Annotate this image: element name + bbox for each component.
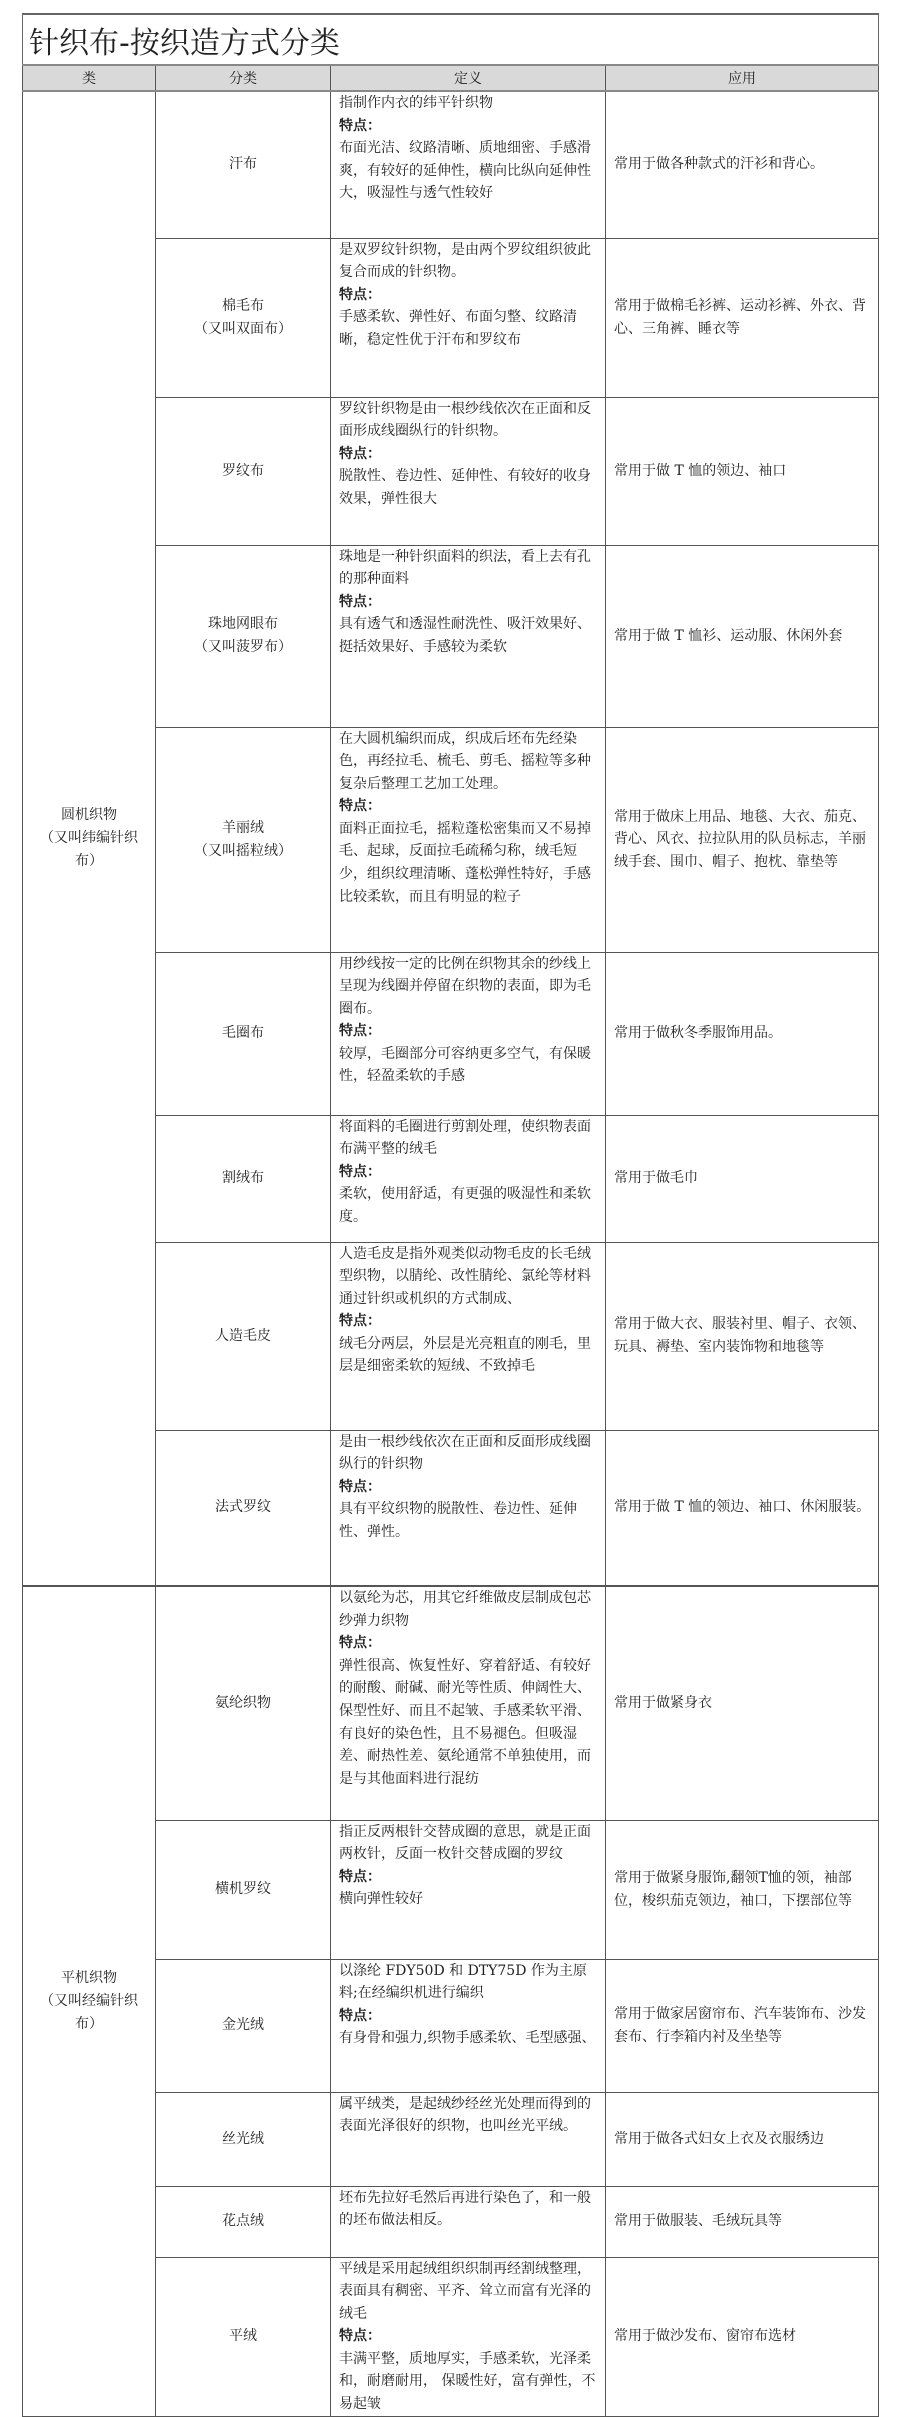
features-text: 面料正面拉毛，摇粒蓬松密集而又不易掉毛、起球，反面拉毛疏稀匀称，绒毛短少，组织纹…: [339, 818, 599, 908]
fabric-name: 法式罗纹: [156, 1496, 330, 1519]
header-definition: 定义: [331, 65, 606, 91]
application-cell: 常用于做各种款式的汗衫和背心。: [606, 91, 879, 238]
application-cell: 常用于做毛巾: [606, 1115, 879, 1242]
features-label: 特点：: [339, 795, 599, 818]
application-text: 常用于做棉毛衫裤、运动衫裤、外衣、背心、三角裤、睡衣等: [614, 295, 872, 340]
features-text: 柔软，使用舒适，有更强的吸湿性和柔软度。: [339, 1183, 599, 1228]
subcategory-cell: 氨纶织物: [156, 1586, 331, 1820]
subcategory-cell: 平绒: [156, 2257, 331, 2416]
group-alias: （又叫经编针织布）: [31, 1990, 147, 2036]
definition-cell: 指正反两根针交替成圈的意思，就是正面两枚针，反面一枚针交替成圈的罗纹特点：横向弹…: [331, 1820, 606, 1959]
features-label: 特点：: [339, 591, 599, 614]
definition-cell: 属平绒类，是起绒纱经丝光处理而得到的表面光泽很好的织物，也叫丝光平绒。: [331, 2092, 606, 2186]
subcategory-cell: 毛圈布: [156, 952, 331, 1115]
subcategory-cell: 法式罗纹: [156, 1430, 331, 1586]
application-text: 常用于做各种款式的汗衫和背心。: [614, 153, 872, 176]
features-text: 具有透气和透湿性耐洗性、吸汗效果好、挺括效果好、手感较为柔软: [339, 613, 599, 658]
application-text: 常用于做床上用品、地毯、大衣、茄克、背心、风衣、拉拉队用的队员标志，羊丽绒手套、…: [614, 806, 872, 874]
fabric-name: 羊丽绒: [156, 817, 330, 840]
features-label: 特点：: [339, 284, 599, 307]
features-text: 布面光洁、纹路清晰、质地细密、手感滑爽，有较好的延伸性，横向比纵向延伸性大，吸湿…: [339, 137, 599, 205]
fabric-name: 氨纶织物: [156, 1692, 330, 1715]
definition-text: 用纱线按一定的比例在织物其余的纱线上呈现为线圈并停留在织物的表面，即为毛圈布。: [339, 953, 599, 1021]
definition-cell: 平绒是采用起绒组织织制再经割绒整理，表面具有稠密、平齐、耸立而富有光泽的绒毛特点…: [331, 2257, 606, 2416]
application-cell: 常用于做紧身服饰,翻领T恤的领，袖部位，梭织茄克领边，袖口，下摆部位等: [606, 1820, 879, 1959]
group-alias: （又叫纬编针织布）: [31, 827, 147, 873]
features-label: 特点：: [339, 1476, 599, 1499]
features-text: 横向弹性较好: [339, 1888, 599, 1911]
subcategory-cell: 花点绒: [156, 2186, 331, 2257]
application-text: 常用于做紧身衣: [614, 1692, 872, 1715]
definition-cell: 以氨纶为芯，用其它纤维做皮层制成包芯纱弹力织物特点：弹性很高、恢复性好、穿着舒适…: [331, 1586, 606, 1820]
definition-cell: 用纱线按一定的比例在织物其余的纱线上呈现为线圈并停留在织物的表面，即为毛圈布。特…: [331, 952, 606, 1115]
features-label: 特点：: [339, 1020, 599, 1043]
features-text: 丰满平整，质地厚实，手感柔软，光泽柔和，耐磨耐用， 保暖性好，富有弹性，不易起皱: [339, 2348, 599, 2416]
definition-text: 罗纹针织物是由一根纱线依次在正面和反面形成线圈纵行的针织物。: [339, 398, 599, 443]
application-cell: 常用于做沙发布、窗帘布选材: [606, 2257, 879, 2416]
features-text: 弹性很高、恢复性好、穿着舒适、有较好的耐酸、耐碱、耐光等性质、伸阔性大、保型性好…: [339, 1655, 599, 1791]
features-text: 手感柔软、弹性好、布面匀整、纹路清晰，稳定性优于汗布和罗纹布: [339, 306, 599, 351]
table-header-row: 类 分类 定义 应用: [23, 65, 879, 91]
fabric-name: 人造毛皮: [156, 1325, 330, 1348]
application-cell: 常用于做各式妇女上衣及衣服绣边: [606, 2092, 879, 2186]
subcategory-cell: 人造毛皮: [156, 1242, 331, 1430]
definition-cell: 罗纹针织物是由一根纱线依次在正面和反面形成线圈纵行的针织物。特点：脱散性、卷边性…: [331, 397, 606, 545]
definition-cell: 以涤纶 FDY50D 和 DTY75D 作为主原料;在经编织机进行编织特点：有身…: [331, 1959, 606, 2092]
fabric-name: 珠地网眼布: [156, 613, 330, 636]
subcategory-cell: 珠地网眼布（又叫菠罗布）: [156, 545, 331, 727]
definition-text: 珠地是一种针织面料的织法，看上去有孔的那种面料: [339, 546, 599, 591]
fabric-alias: （又叫双面布）: [156, 318, 330, 341]
fabric-name: 横机罗纹: [156, 1878, 330, 1901]
definition-text: 是由一根纱线依次在正面和反面形成线圈纵行的针织物: [339, 1431, 599, 1476]
definition-text: 以氨纶为芯，用其它纤维做皮层制成包芯纱弹力织物: [339, 1587, 599, 1632]
fabric-name: 花点绒: [156, 2210, 330, 2233]
group-name: 平机织物: [31, 1967, 147, 1990]
definition-text: 指正反两根针交替成圈的意思，就是正面两枚针，反面一枚针交替成圈的罗纹: [339, 1821, 599, 1866]
header-application: 应用: [606, 65, 879, 91]
fabric-name: 金光绒: [156, 2014, 330, 2037]
fabric-name: 平绒: [156, 2325, 330, 2348]
group-category-cell: 平机织物（又叫经编针织布）: [23, 1586, 156, 2416]
features-label: 特点：: [339, 2325, 599, 2348]
subcategory-cell: 羊丽绒（又叫摇粒绒）: [156, 727, 331, 952]
application-text: 常用于做 T 恤的领边、袖口: [614, 460, 872, 483]
definition-cell: 是由一根纱线依次在正面和反面形成线圈纵行的针织物特点：具有平纹织物的脱散性、卷边…: [331, 1430, 606, 1586]
fabric-name: 罗纹布: [156, 460, 330, 483]
subcategory-cell: 棉毛布（又叫双面布）: [156, 238, 331, 397]
subcategory-cell: 割绒布: [156, 1115, 331, 1242]
subcategory-cell: 横机罗纹: [156, 1820, 331, 1959]
fabric-name: 割绒布: [156, 1167, 330, 1190]
application-text: 常用于做家居窗帘布、汽车装饰布、沙发套布、行李箱内衬及坐垫等: [614, 2003, 872, 2048]
application-cell: 常用于做棉毛衫裤、运动衫裤、外衣、背心、三角裤、睡衣等: [606, 238, 879, 397]
application-cell: 常用于做大衣、服装衬里、帽子、衣领、玩具、褥垫、室内装饰物和地毯等: [606, 1242, 879, 1430]
subcategory-cell: 罗纹布: [156, 397, 331, 545]
table-row: 圆机织物（又叫纬编针织布）汗布指制作内衣的纬平针织物特点：布面光洁、纹路清晰、质…: [23, 91, 879, 238]
subcategory-cell: 丝光绒: [156, 2092, 331, 2186]
definition-text: 属平绒类，是起绒纱经丝光处理而得到的表面光泽很好的织物，也叫丝光平绒。: [339, 2093, 599, 2138]
application-text: 常用于做沙发布、窗帘布选材: [614, 2325, 872, 2348]
fabric-name: 汗布: [156, 153, 330, 176]
definition-text: 人造毛皮是指外观类似动物毛皮的长毛绒型织物，以腈纶、改性腈纶、氯纶等材料通过针织…: [339, 1243, 599, 1311]
document-title: 针织布-按织造方式分类: [23, 14, 879, 65]
header-subcategory: 分类: [156, 65, 331, 91]
application-cell: 常用于做床上用品、地毯、大衣、茄克、背心、风衣、拉拉队用的队员标志，羊丽绒手套、…: [606, 727, 879, 952]
features-label: 特点：: [339, 1632, 599, 1655]
application-text: 常用于做 T 恤的领边、袖口、休闲服装。: [614, 1496, 872, 1519]
fabric-alias: （又叫菠罗布）: [156, 636, 330, 659]
subcategory-cell: 汗布: [156, 91, 331, 238]
features-text: 脱散性、卷边性、延伸性、有较好的收身效果，弹性很大: [339, 465, 599, 510]
features-text: 有身骨和强力,织物手感柔软、毛型感强、: [339, 2027, 599, 2050]
definition-cell: 人造毛皮是指外观类似动物毛皮的长毛绒型织物，以腈纶、改性腈纶、氯纶等材料通过针织…: [331, 1242, 606, 1430]
features-label: 特点：: [339, 115, 599, 138]
application-cell: 常用于做 T 恤的领边、袖口、休闲服装。: [606, 1430, 879, 1586]
application-text: 常用于做大衣、服装衬里、帽子、衣领、玩具、褥垫、室内装饰物和地毯等: [614, 1313, 872, 1358]
fabric-alias: （又叫摇粒绒）: [156, 840, 330, 863]
features-text: 绒毛分两层，外层是光亮粗直的刚毛，里层是细密柔软的短绒、不致掉毛: [339, 1333, 599, 1378]
application-text: 常用于做毛巾: [614, 1167, 872, 1190]
definition-cell: 将面料的毛圈进行剪割处理，使织物表面布满平整的绒毛特点：柔软，使用舒适，有更强的…: [331, 1115, 606, 1242]
group-category-cell: 圆机织物（又叫纬编针织布）: [23, 91, 156, 1586]
fabric-name: 棉毛布: [156, 295, 330, 318]
definition-text: 指制作内衣的纬平针织物: [339, 92, 599, 115]
definition-text: 平绒是采用起绒组织织制再经割绒整理，表面具有稠密、平齐、耸立而富有光泽的绒毛: [339, 2258, 599, 2326]
features-text: 较厚，毛圈部分可容纳更多空气，有保暖性，轻盈柔软的手感: [339, 1043, 599, 1088]
application-cell: 常用于做 T 恤的领边、袖口: [606, 397, 879, 545]
features-label: 特点：: [339, 443, 599, 466]
application-text: 常用于做服装、毛绒玩具等: [614, 2210, 872, 2233]
fabric-name: 丝光绒: [156, 2128, 330, 2151]
definition-cell: 在大圆机编织而成，织成后坯布先经染色，再经拉毛、梳毛、剪毛、摇粒等多种复杂后整理…: [331, 727, 606, 952]
features-label: 特点：: [339, 1310, 599, 1333]
application-text: 常用于做秋冬季服饰用品。: [614, 1022, 872, 1045]
application-text: 常用于做 T 恤衫、运动服、休闲外套: [614, 625, 872, 648]
classification-table: 针织布-按织造方式分类 类 分类 定义 应用 圆机织物（又叫纬编针织布）汗布指制…: [22, 13, 879, 2417]
group-name: 圆机织物: [31, 804, 147, 827]
application-cell: 常用于做秋冬季服饰用品。: [606, 952, 879, 1115]
features-label: 特点：: [339, 1161, 599, 1184]
application-cell: 常用于做 T 恤衫、运动服、休闲外套: [606, 545, 879, 727]
features-label: 特点：: [339, 1866, 599, 1889]
subcategory-cell: 金光绒: [156, 1959, 331, 2092]
table-row: 平机织物（又叫经编针织布）氨纶织物以氨纶为芯，用其它纤维做皮层制成包芯纱弹力织物…: [23, 1586, 879, 1820]
fabric-classification-document: 针织布-按织造方式分类 类 分类 定义 应用 圆机织物（又叫纬编针织布）汗布指制…: [22, 13, 878, 2417]
fabric-name: 毛圈布: [156, 1022, 330, 1045]
definition-text: 在大圆机编织而成，织成后坯布先经染色，再经拉毛、梳毛、剪毛、摇粒等多种复杂后整理…: [339, 728, 599, 796]
application-text: 常用于做紧身服饰,翻领T恤的领，袖部位，梭织茄克领边，袖口，下摆部位等: [614, 1867, 872, 1912]
definition-cell: 是双罗纹针织物，是由两个罗纹组织彼此复合而成的针织物。特点：手感柔软、弹性好、布…: [331, 238, 606, 397]
features-text: 具有平纹织物的脱散性、卷边性、延伸性、弹性。: [339, 1498, 599, 1543]
header-category: 类: [23, 65, 156, 91]
definition-cell: 坯布先拉好毛然后再进行染色了，和一般的坯布做法相反。: [331, 2186, 606, 2257]
application-cell: 常用于做服装、毛绒玩具等: [606, 2186, 879, 2257]
definition-text: 将面料的毛圈进行剪割处理，使织物表面布满平整的绒毛: [339, 1116, 599, 1161]
application-cell: 常用于做家居窗帘布、汽车装饰布、沙发套布、行李箱内衬及坐垫等: [606, 1959, 879, 2092]
definition-text: 坯布先拉好毛然后再进行染色了，和一般的坯布做法相反。: [339, 2187, 599, 2232]
application-cell: 常用于做紧身衣: [606, 1586, 879, 1820]
definition-cell: 珠地是一种针织面料的织法，看上去有孔的那种面料特点：具有透气和透湿性耐洗性、吸汗…: [331, 545, 606, 727]
definition-cell: 指制作内衣的纬平针织物特点：布面光洁、纹路清晰、质地细密、手感滑爽，有较好的延伸…: [331, 91, 606, 238]
features-label: 特点：: [339, 2005, 599, 2028]
application-text: 常用于做各式妇女上衣及衣服绣边: [614, 2128, 872, 2151]
definition-text: 以涤纶 FDY50D 和 DTY75D 作为主原料;在经编织机进行编织: [339, 1960, 599, 2005]
definition-text: 是双罗纹针织物，是由两个罗纹组织彼此复合而成的针织物。: [339, 239, 599, 284]
